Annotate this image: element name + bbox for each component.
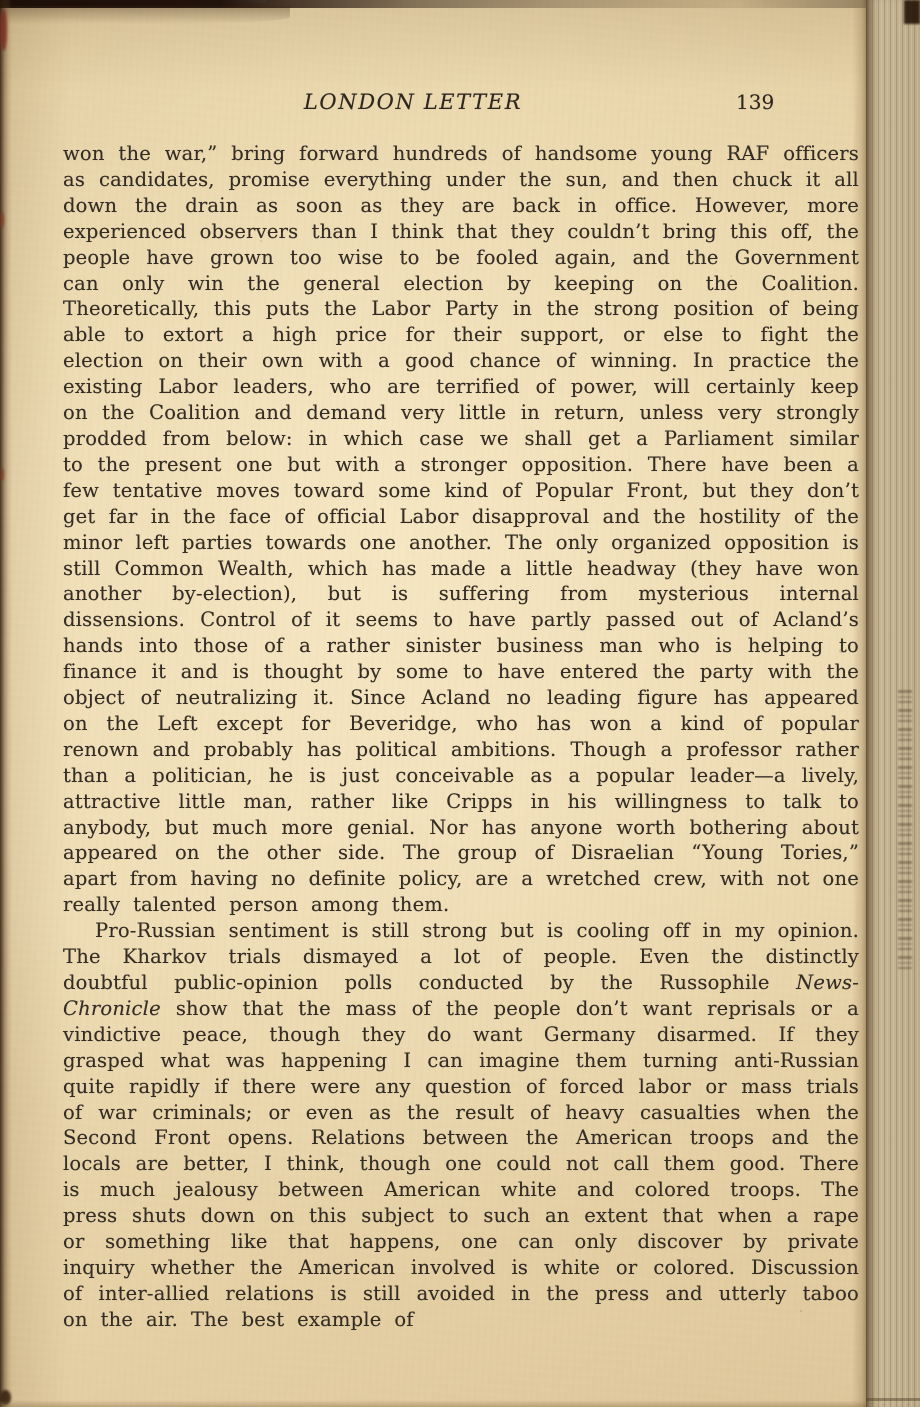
binding-stain: [0, 212, 4, 228]
paragraph-1: won the war,” bring forward hundreds of …: [63, 141, 859, 918]
binding-stain: [0, 468, 4, 481]
page-title: LONDON LETTER: [252, 90, 574, 114]
paragraph-2: Pro-Russian sentiment is still strong bu…: [63, 918, 859, 1333]
binding-stain: [0, 9, 7, 51]
page-number: 139: [736, 90, 774, 114]
paragraph-2-text-before: Pro-Russian sentiment is still strong bu…: [63, 919, 859, 994]
page-edge-bleed-marks: [898, 690, 912, 970]
running-head: LONDON LETTER 139: [0, 90, 920, 120]
bottom-edge-shadow: [0, 1400, 866, 1407]
text-block: won the war,” bring forward hundreds of …: [63, 141, 859, 1333]
paragraph-2-text-after: show that the mass of the people don’t w…: [63, 997, 859, 1331]
scanned-book-page: LONDON LETTER 139 won the war,” bring fo…: [0, 0, 920, 1407]
top-left-curl-shadow: [0, 6, 290, 24]
top-right-corner-mark: [904, 0, 920, 24]
page-edges-bottom-line: [866, 1398, 920, 1401]
